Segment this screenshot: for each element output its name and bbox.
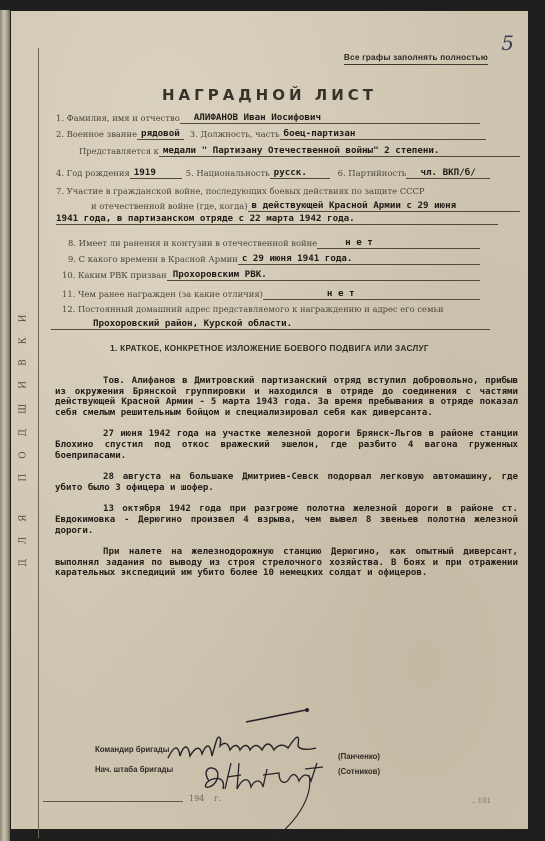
- army-since-value: с 29 июня 1941 года.: [238, 253, 480, 265]
- field-conscription-office: 10. Каким РВК призван Прохоровским РВК.: [62, 266, 520, 281]
- date-year-suffix: г.: [214, 794, 221, 803]
- field-previous-awards: 11. Чем ранее награжден (за какие отличи…: [62, 285, 520, 300]
- field-home-address-label: 12. Постоянный домашний адрес представля…: [62, 300, 520, 315]
- section-heading: 1. КРАТКОЕ, КОНКРЕТНОЕ ИЗЛОЖЕНИЕ БОЕВОГО…: [11, 344, 528, 353]
- field-rank-position: 2. Военное звание рядовой 3. Должность, …: [56, 125, 520, 140]
- field-war-participation-label: 7. Участие в гражданской войне, последую…: [56, 182, 520, 197]
- narrative-paragraph: Тов. Алифанов в Дмитровский партизанский…: [55, 376, 518, 418]
- handwritten-sheet-number: 5: [501, 31, 514, 55]
- date-year: 194: [189, 794, 204, 803]
- margin-rule: [38, 48, 39, 838]
- award-sheet-page: ДЛЯ ПОДШИВКИ 5 Все графы заполнять полно…: [11, 11, 528, 829]
- chief-of-staff-signature: [201, 759, 351, 839]
- birth-year-value: 1919: [130, 167, 182, 179]
- field-wounds: 8. Имеет ли ранения и контузии в отечест…: [68, 234, 520, 249]
- full-name-value: АЛИФАНОВ Иван Иосифович: [180, 112, 480, 124]
- binding-edge: [0, 10, 10, 841]
- rank-value: рядовой: [137, 128, 184, 140]
- commander-label: Командир бригады: [95, 745, 169, 754]
- conscription-office-value: Прохоровским РВК.: [167, 269, 480, 281]
- binding-margin-label: ДЛЯ ПОДШИВКИ: [13, 243, 35, 623]
- field-army-since: 9. С какого времени в Красной Армии с 29…: [68, 250, 520, 265]
- chief-of-staff-label: Нач. штаба бригады: [95, 765, 173, 774]
- party-value: чл. ВКП/б/: [406, 167, 490, 179]
- narrative-paragraph: При налете на железнодорожную станцию Де…: [55, 547, 518, 579]
- fill-instruction: Все графы заполнять полностью: [344, 52, 488, 65]
- nationality-value: русск.: [270, 167, 330, 179]
- war-participation-value-2: 1941 года, в партизанском отряде с 22 ма…: [56, 213, 498, 225]
- field-home-address: Прохоровский район, Курской области.: [51, 315, 490, 330]
- document-title: НАГРАДНОЙ ЛИСТ: [11, 86, 528, 104]
- date-underline: [43, 801, 183, 802]
- position-value: боец-партизан: [280, 128, 486, 140]
- field-full-name: 1. Фамилия, имя и отчество АЛИФАНОВ Иван…: [56, 109, 520, 124]
- merit-narrative: Тов. Алифанов в Дмитровский партизанский…: [55, 376, 518, 590]
- home-address-value: Прохоровский район, Курской области.: [51, 318, 490, 330]
- narrative-paragraph: 13 октября 1942 года при разгроме полотн…: [55, 504, 518, 536]
- field-birth-nationality-party: 4. Год рождения 1919 5. Национальность р…: [56, 164, 520, 179]
- field-award-presented: Представляется к медали " Партизану Отеч…: [79, 142, 520, 157]
- narrative-paragraph: 28 августа на большаке Дмитриев-Севск по…: [55, 472, 518, 493]
- archive-stamp: ., 101: [471, 797, 491, 805]
- wounds-value: н е т: [317, 237, 480, 249]
- field-war-participation-cont: 1941 года, в партизанском отряде с 22 ма…: [56, 210, 498, 225]
- previous-awards-value: н е т: [263, 288, 480, 300]
- award-value: медали " Партизану Отечественной войны" …: [159, 145, 520, 157]
- commander-signature: [166, 706, 346, 766]
- narrative-paragraph: 27 июня 1942 года на участке железной до…: [55, 429, 518, 461]
